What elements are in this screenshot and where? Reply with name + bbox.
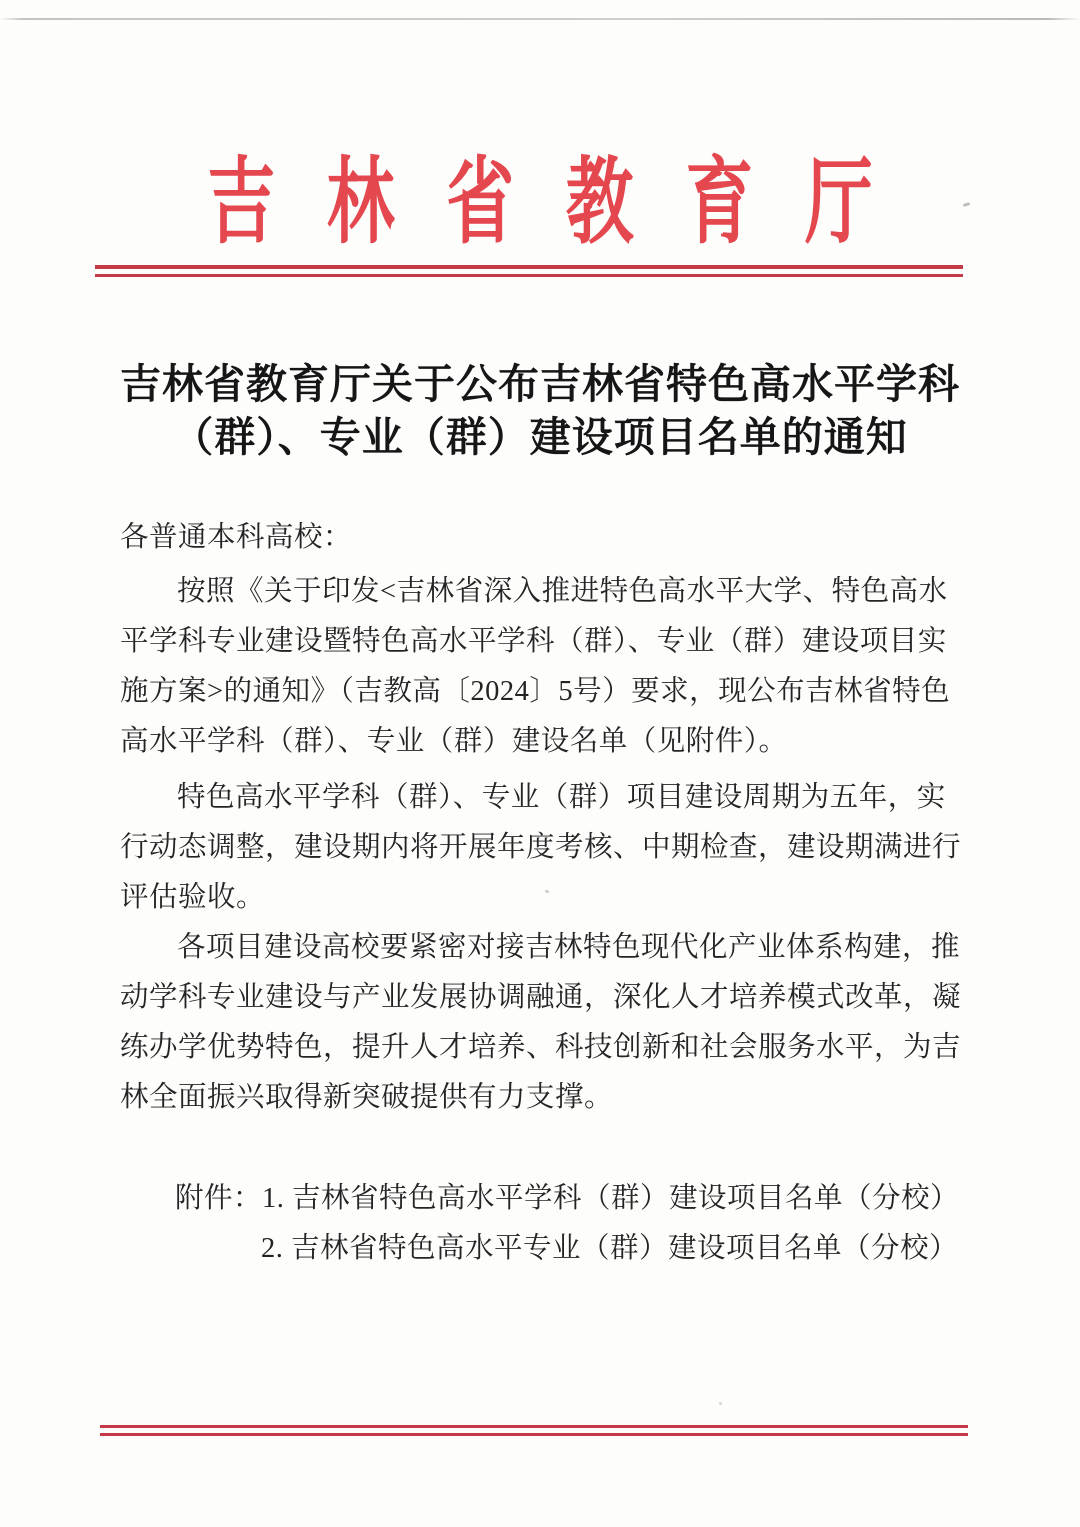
scan-speck — [719, 1402, 722, 1405]
letterhead-rule-upper — [95, 265, 963, 269]
paragraph-1: 按照《关于印发<吉林省深入推进特色高水平大学、特色高水 平学科专业建设暨特色高水… — [120, 567, 968, 767]
paragraph-2: 特色高水平学科（群）、专业（群）项目建设周期为五年，实 行动态调整，建设期内将开… — [120, 773, 968, 923]
letterhead-double-rule — [95, 265, 963, 277]
body-line: 高水平学科（群）、专业（群）建设名单（见附件）。 — [120, 717, 968, 767]
body-line: 各项目建设高校要紧密对接吉林特色现代化产业体系构建，推 — [120, 923, 968, 973]
footer-double-rule — [100, 1425, 968, 1436]
footer-rule-lower — [100, 1433, 968, 1436]
footer-rule-upper — [100, 1425, 968, 1428]
attachment-list: 附件：1. 吉林省特色高水平学科（群）建设项目名单（分校） 2. 吉林省特色高水… — [120, 1174, 968, 1274]
document-body: 各普通本科高校： 按照《关于印发<吉林省深入推进特色高水平大学、特色高水 平学科… — [120, 513, 968, 1274]
attachment-line-1: 附件：1. 吉林省特色高水平学科（群）建设项目名单（分校） — [120, 1174, 968, 1224]
letterhead-rule-lower — [95, 274, 963, 277]
body-line: 练办学优势特色，提升人才培养、科技创新和社会服务水平，为吉 — [120, 1023, 968, 1073]
body-line: 林全面振兴取得新突破提供有力支撑。 — [120, 1073, 968, 1123]
document-title-line-1: 吉林省教育厅关于公布吉林省特色高水平学科 — [0, 358, 1080, 411]
body-line: 评估验收。 — [120, 873, 968, 923]
body-line: 施方案>的通知》（吉教高〔2024〕5号）要求，现公布吉林省特色 — [120, 667, 968, 717]
body-line: 特色高水平学科（群）、专业（群）项目建设周期为五年，实 — [120, 773, 968, 823]
salutation: 各普通本科高校： — [120, 513, 968, 563]
document-title-line-2: （群）、专业（群）建设项目名单的通知 — [0, 411, 1080, 464]
attachment-line-2: 2. 吉林省特色高水平专业（群）建设项目名单（分校） — [120, 1224, 968, 1274]
body-line: 行动态调整，建设期内将开展年度考核、中期检查，建设期满进行 — [120, 823, 968, 873]
body-line: 平学科专业建设暨特色高水平学科（群）、专业（群）建设项目实 — [120, 617, 968, 667]
document-page: 吉林省教育厅 吉林省教育厅关于公布吉林省特色高水平学科 （群）、专业（群）建设项… — [0, 0, 1080, 1527]
body-line: 按照《关于印发<吉林省深入推进特色高水平大学、特色高水 — [120, 567, 968, 617]
letterhead-agency-name: 吉林省教育厅 — [156, 148, 925, 258]
paragraph-3: 各项目建设高校要紧密对接吉林特色现代化产业体系构建，推 动学科专业建设与产业发展… — [120, 923, 968, 1123]
letterhead: 吉林省教育厅 — [0, 148, 1080, 258]
body-line: 动学科专业建设与产业发展协调融通，深化人才培养模式改革，凝 — [120, 973, 968, 1023]
scan-edge-line — [0, 18, 1080, 20]
document-title: 吉林省教育厅关于公布吉林省特色高水平学科 （群）、专业（群）建设项目名单的通知 — [0, 358, 1080, 464]
